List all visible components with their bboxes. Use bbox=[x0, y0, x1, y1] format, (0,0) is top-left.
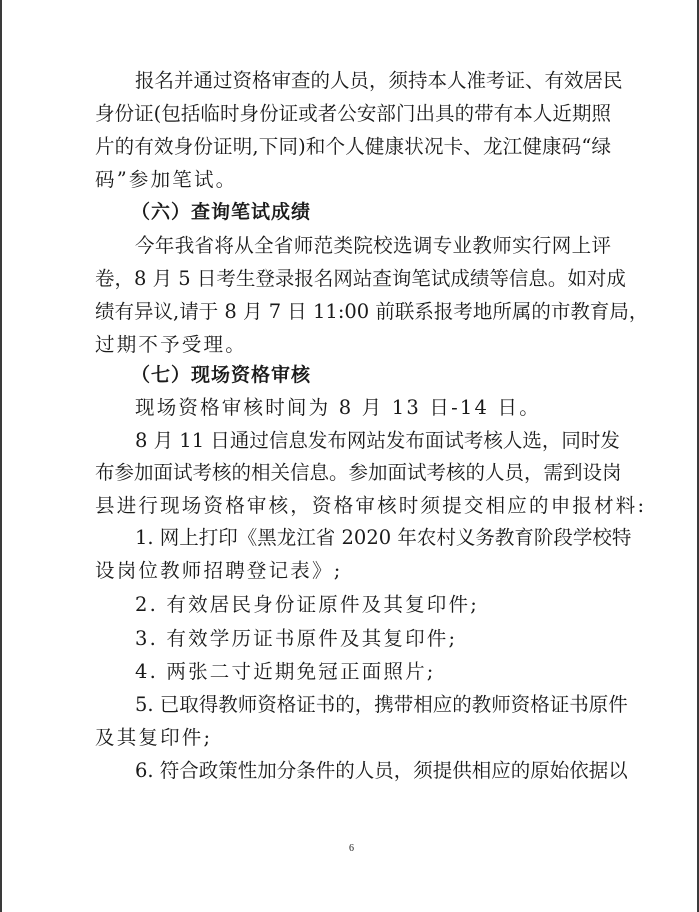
paragraph-scores-line-1: 今年我省将从全省师范类院校选调专业教师实行网上评 bbox=[95, 229, 611, 262]
paragraph-interview-line-3: 县进行现场资格审核，资格审核时须提交相应的申报材料: bbox=[95, 489, 611, 522]
list-item-6-line-1: 6. 符合政策性加分条件的人员，须提供相应的原始依据以 bbox=[95, 754, 611, 787]
list-item-5-line-1: 5. 已取得教师资格证书的，携带相应的教师资格证书原件 bbox=[95, 688, 611, 721]
section-heading-query-scores: （六）查询笔试成绩 bbox=[95, 196, 607, 229]
paragraph-interview-line-2: 布参加面试考核的相关信息。参加面试考核的人员，需到设岗 bbox=[95, 456, 611, 489]
paragraph-exam-id-line-3: 片的有效身份证明,下同)和个人健康状况卡、龙江健康码“绿 bbox=[95, 130, 611, 163]
paragraph-scores-line-2: 卷，8 月 5 日考生登录报名网站查询笔试成绩等信息。如对成 bbox=[95, 262, 611, 295]
paragraph-review-time: 现场资格审核时间为 8 月 13 日-14 日。 bbox=[95, 391, 611, 424]
section-heading-onsite-review: （七）现场资格审核 bbox=[95, 359, 607, 392]
list-item-3: 3. 有效学历证书原件及其复印件; bbox=[95, 622, 611, 655]
paragraph-scores-line-3: 绩有异议,请于 8 月 7 日 11:00 前联系报考地所属的市教育局， bbox=[95, 295, 611, 328]
paragraph-exam-id-line-2: 身份证(包括临时身份证或者公安部门出具的带有本人近期照 bbox=[95, 97, 611, 130]
paragraph-exam-id-line-4: 码”参加笔试。 bbox=[95, 163, 611, 196]
document-page: 报名并通过资格审查的人员，须持本人准考证、有效居民 身份证(包括临时身份证或者公… bbox=[0, 0, 699, 912]
list-item-5-line-2: 及其复印件; bbox=[95, 721, 611, 754]
list-item-2: 2. 有效居民身份证原件及其复印件; bbox=[95, 588, 611, 621]
list-item-1-line-1: 1. 网上打印《黑龙江省 2020 年农村义务教育阶段学校特 bbox=[95, 521, 611, 554]
paragraph-scores-line-4: 过期不予受理。 bbox=[95, 328, 611, 361]
page-number: 6 bbox=[2, 843, 699, 854]
list-item-1-line-2: 设岗位教师招聘登记表》; bbox=[95, 554, 611, 587]
list-item-4: 4. 两张二寸近期免冠正面照片; bbox=[95, 655, 611, 688]
paragraph-interview-line-1: 8 月 11 日通过信息发布网站发布面试考核人选，同时发 bbox=[95, 424, 611, 457]
paragraph-exam-id-line-1: 报名并通过资格审查的人员，须持本人准考证、有效居民 bbox=[95, 64, 611, 97]
